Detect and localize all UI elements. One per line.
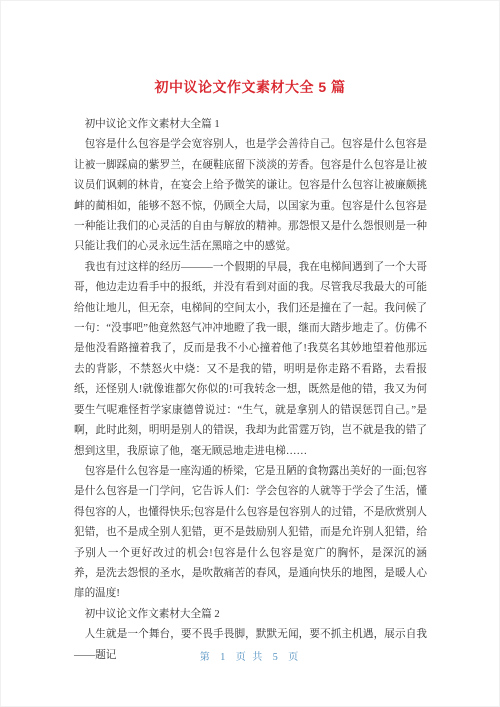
section-1-paragraph-2: 我也有过这样的经历———一个假期的早晨，我在电梯间遇到了一个大哥哥，他边走边看手… — [74, 258, 427, 462]
pagination[interactable]: 第 1 页 共 5 页 — [0, 648, 500, 663]
document-page: 初中议论文作文素材大全 5 篇 初中议论文作文素材大全篇 1 包容是什么包容是学… — [0, 0, 500, 707]
pagination-current-page: 1 — [220, 652, 227, 663]
section-1-paragraph-3: 包容是什么包容是一座沟通的桥梁，它是丑陋的食物露出美好的一面;包容是什么包容是一… — [74, 462, 427, 605]
pagination-prefix-label: 第 — [200, 652, 212, 663]
pagination-suffix-label: 页 — [288, 652, 300, 663]
pagination-middle-label: 页 共 — [236, 652, 265, 663]
pagination-total-pages: 5 — [273, 652, 280, 663]
document-body: 初中议论文作文素材大全篇 1 包容是什么包容是学会宽容别人，也是学会善待自己。包… — [74, 115, 427, 666]
page-title: 初中议论文作文素材大全 5 篇 — [0, 0, 500, 96]
section-1-heading: 初中议论文作文素材大全篇 1 — [74, 115, 427, 135]
section-1-paragraph-1: 包容是什么包容是学会宽容别人，也是学会善待自己。包容是什么包容是让被一脚踩扁的紫… — [74, 135, 427, 257]
section-2-heading: 初中议论文作文素材大全篇 2 — [74, 605, 427, 625]
